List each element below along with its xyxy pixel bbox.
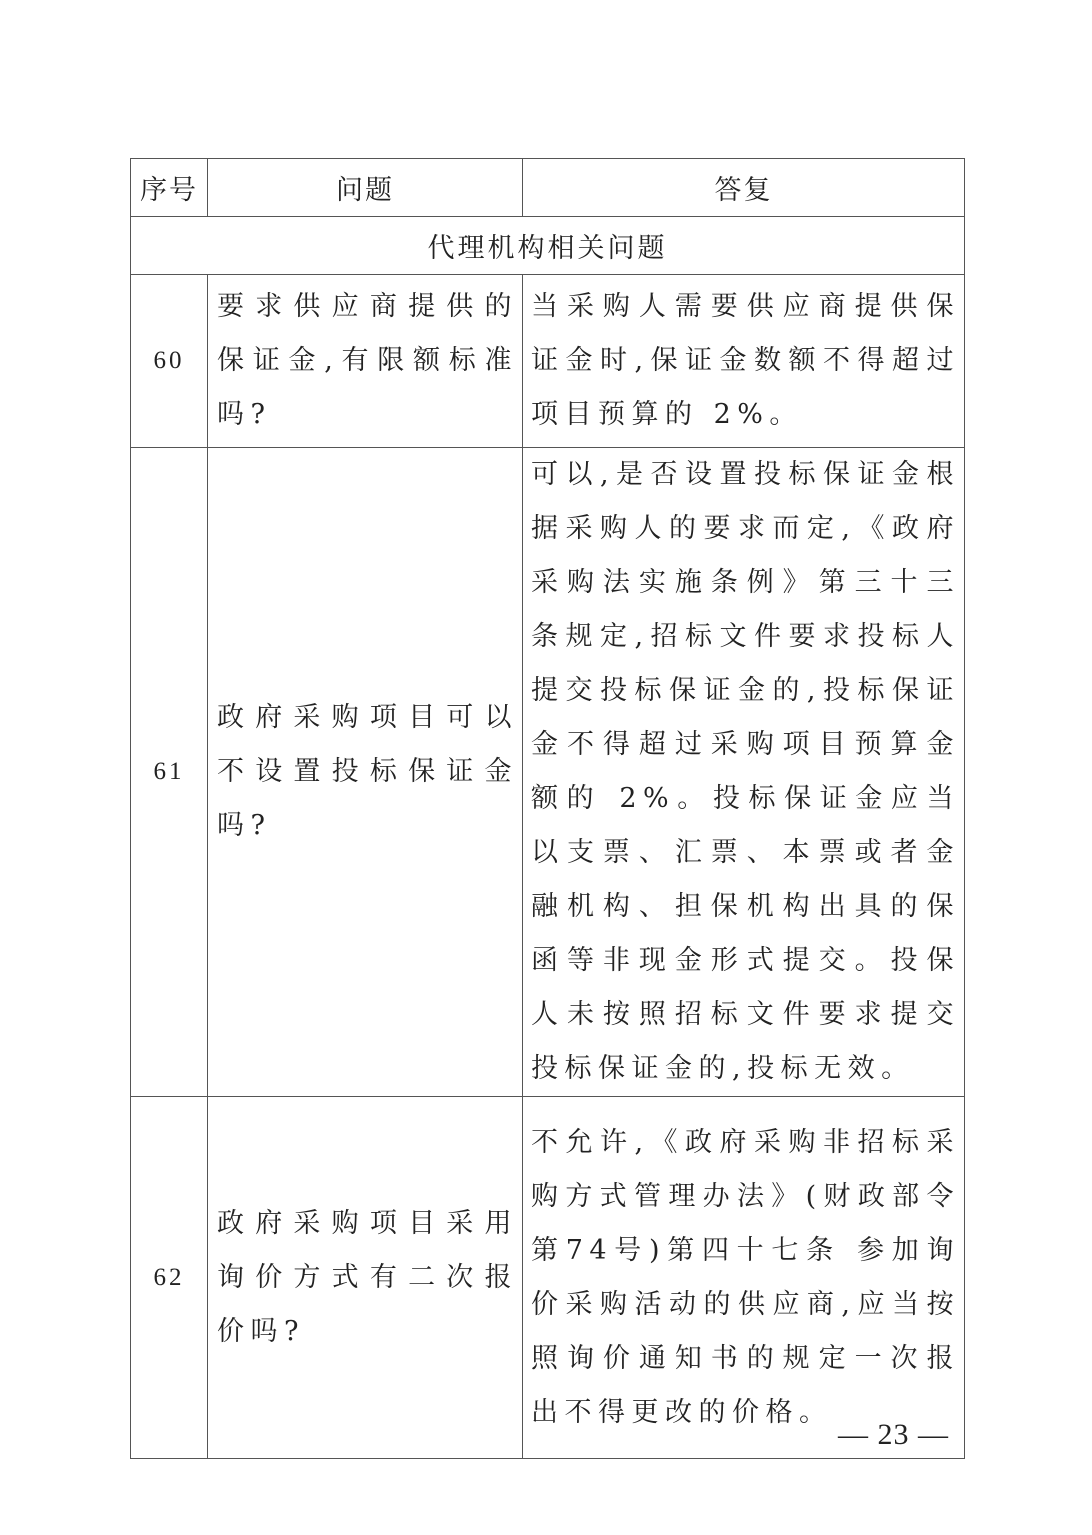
row-number: 61	[131, 448, 208, 1097]
row-number: 60	[131, 275, 208, 448]
table-header-row: 序号 问题 答复	[131, 159, 965, 217]
table-row: 61 政府采购项目可以不设置投标保证金吗? 可以,是否设置投标保证金根据采购人的…	[131, 448, 965, 1097]
header-number: 序号	[131, 159, 208, 217]
header-answer: 答复	[523, 159, 965, 217]
row-question: 要求供应商提供的保证金,有限额标准吗?	[208, 275, 523, 448]
header-question: 问题	[208, 159, 523, 217]
row-answer: 当采购人需要供应商提供保证金时,保证金数额不得超过项目预算的 2%。	[523, 275, 965, 448]
page-number: — 23 —	[838, 1418, 949, 1452]
table-row: 60 要求供应商提供的保证金,有限额标准吗? 当采购人需要供应商提供保证金时,保…	[131, 275, 965, 448]
row-question: 政府采购项目可以不设置投标保证金吗?	[208, 448, 523, 1097]
row-question: 政府采购项目采用询价方式有二次报价吗?	[208, 1097, 523, 1459]
section-row: 代理机构相关问题	[131, 217, 965, 275]
row-number: 62	[131, 1097, 208, 1459]
section-title: 代理机构相关问题	[131, 217, 965, 275]
qa-table: 序号 问题 答复 代理机构相关问题 60 要求供应商提供的保证金,有限额标准吗?…	[130, 158, 965, 1459]
table-row: 62 政府采购项目采用询价方式有二次报价吗? 不允许,《政府采购非招标采购方式管…	[131, 1097, 965, 1459]
row-answer: 不允许,《政府采购非招标采购方式管理办法》(财政部令第74号)第四十七条 参加询…	[523, 1097, 965, 1459]
row-answer: 可以,是否设置投标保证金根据采购人的要求而定,《政府采购法实施条例》第三十三条规…	[523, 448, 965, 1097]
